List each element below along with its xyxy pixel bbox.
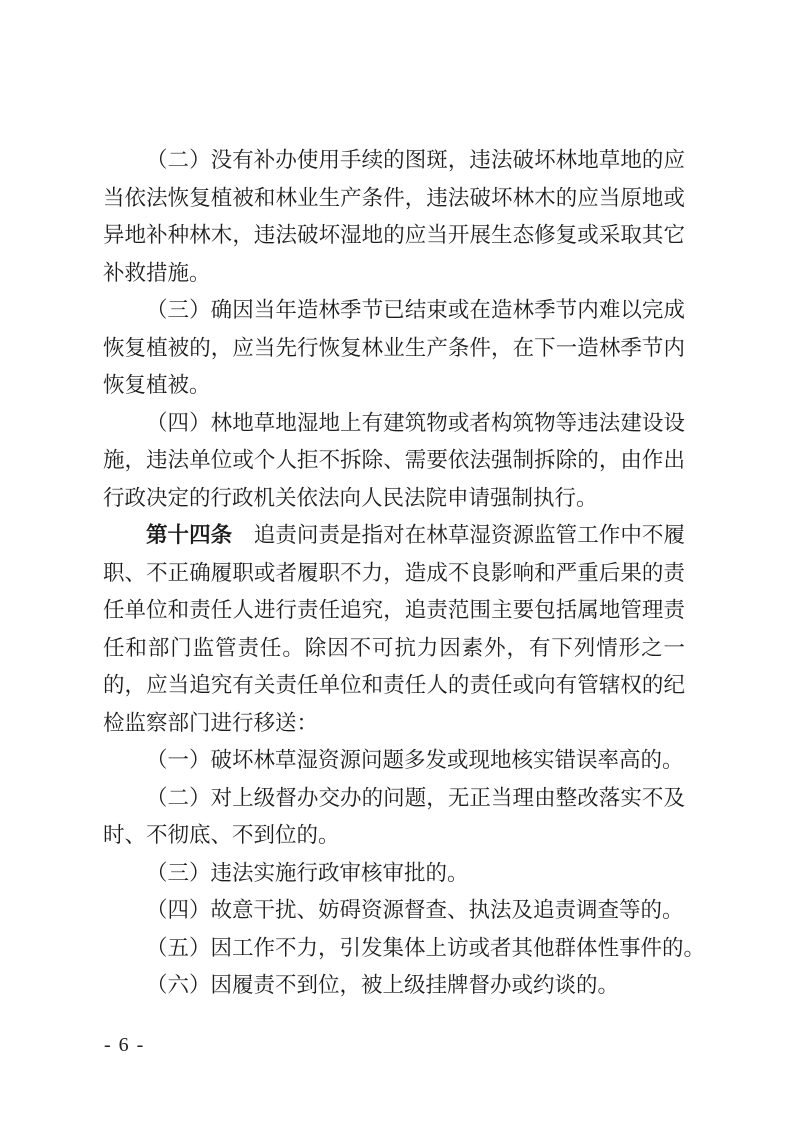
paragraph-text: （四）故意干扰、妨碍资源督查、执法及追责调查等的。 xyxy=(146,898,684,922)
list-item-2: （二）对上级督办交办的问题，无正当理由整改落实不及时、不彻底、不到位的。 xyxy=(103,780,685,855)
list-item-4: （四）故意干扰、妨碍资源督查、执法及追责调查等的。 xyxy=(103,892,685,930)
paragraph-text: （五）因工作不力，引发集体上访或者其他群体性事件的。 xyxy=(146,936,705,960)
paragraph-text: （三）确因当年造林季节已结束或在造林季节内难以完成恢复植被的，应当先行恢复林业生… xyxy=(103,298,685,397)
paragraph-text: 追责问责是指对在林草湿资源监管工作中不履职、不正确履职或者履职不力，造成不良影响… xyxy=(103,523,685,735)
list-item-5: （五）因工作不力，引发集体上访或者其他群体性事件的。 xyxy=(103,930,685,968)
clause-4-paragraph: （四）林地草地湿地上有建筑物或者构筑物等违法建设设施，违法单位或个人拒不拆除、需… xyxy=(103,405,685,518)
clause-2-paragraph: （二）没有补办使用手续的图斑，违法破坏林地草地的应当依法恢复植被和林业生产条件，… xyxy=(103,142,685,292)
document-page: （二）没有补办使用手续的图斑，违法破坏林地草地的应当依法恢复植被和林业生产条件，… xyxy=(0,0,793,1122)
paragraph-text: （四）林地草地湿地上有建筑物或者构筑物等违法建设设施，违法单位或个人拒不拆除、需… xyxy=(103,411,685,510)
paragraph-text: （三）违法实施行政审核审批的。 xyxy=(146,861,469,885)
list-item-1: （一）破坏林草湿资源问题多发或现地核实错误率高的。 xyxy=(103,742,685,780)
list-item-3: （三）违法实施行政审核审批的。 xyxy=(103,855,685,893)
article-14-paragraph: 第十四条 追责问责是指对在林草湿资源监管工作中不履职、不正确履职或者履职不力，造… xyxy=(103,517,685,742)
document-body: （二）没有补办使用手续的图斑，违法破坏林地草地的应当依法恢复植被和林业生产条件，… xyxy=(103,142,685,1005)
clause-3-paragraph: （三）确因当年造林季节已结束或在造林季节内难以完成恢复植被的，应当先行恢复林业生… xyxy=(103,292,685,405)
page-number: - 6 - xyxy=(104,1033,145,1057)
article-14-label: 第十四条 xyxy=(146,523,232,547)
paragraph-text: （二）对上级督办交办的问题，无正当理由整改落实不及时、不彻底、不到位的。 xyxy=(103,786,685,848)
paragraph-text: （二）没有补办使用手续的图斑，违法破坏林地草地的应当依法恢复植被和林业生产条件，… xyxy=(103,148,685,285)
paragraph-text: （一）破坏林草湿资源问题多发或现地核实错误率高的。 xyxy=(146,748,684,772)
list-item-6: （六）因履责不到位，被上级挂牌督办或约谈的。 xyxy=(103,967,685,1005)
paragraph-text: （六）因履责不到位，被上级挂牌督办或约谈的。 xyxy=(146,973,619,997)
